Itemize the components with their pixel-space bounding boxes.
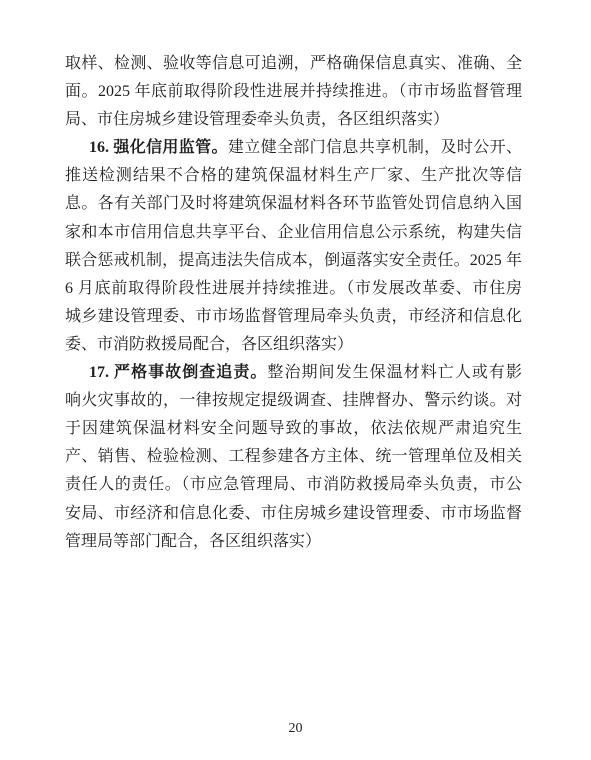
- body-text: 面。2025 年底前取得阶段性进展并持续推进。（市市场监督管理: [65, 83, 522, 100]
- para-15-continuation: 取样、检测、验收等信息可追溯，严格确保信息真实、准确、全面。2025 年底前取得…: [65, 50, 522, 134]
- body-text: 推送检测结果不合格的建筑保温材料生产厂家、生产批次等信: [65, 167, 522, 184]
- text-line: 于因建筑保温材料安全问题导致的事故，依法依规严肃追究生: [65, 415, 522, 443]
- text-line: 城乡建设管理委、市市场监督管理局牵头负责，市经济和信息化: [65, 303, 522, 331]
- item-heading-text: 16. 强化信用监管。: [89, 139, 228, 156]
- para-16: 16. 强化信用监管。建立健全部门信息共享机制，及时公开、推送检测结果不合格的建…: [65, 134, 522, 359]
- text-line: 联合惩戒机制，提高违法失信成本，倒逼落实安全责任。2025 年: [65, 247, 522, 275]
- body-text: 责任人的责任。（市应急管理局、市消防救援局牵头负责，市公: [65, 476, 522, 493]
- text-line: 17. 严格事故倒查追责。整治期间发生保温材料亡人或有影: [65, 359, 522, 387]
- text-line: 响火灾事故的，一律按规定提级调查、挂牌督办、警示约谈。对: [65, 387, 522, 415]
- para-17: 17. 严格事故倒查追责。整治期间发生保温材料亡人或有影响火灾事故的，一律按规定…: [65, 359, 522, 556]
- body-text: 息。各有关部门及时将建筑保温材料各环节监管处罚信息纳入国: [65, 195, 522, 212]
- body-text: 安局、市经济和信息化委、市住房城乡建设管理委、市市场监督: [65, 505, 522, 522]
- text-line: 安局、市经济和信息化委、市住房城乡建设管理委、市市场监督: [65, 500, 522, 528]
- body-text: 管理局等部门配合，各区组织落实）: [65, 533, 321, 550]
- text-line: 16. 强化信用监管。建立健全部门信息共享机制，及时公开、: [65, 134, 522, 162]
- body-text: 响火灾事故的，一律按规定提级调查、挂牌督办、警示约谈。对: [65, 392, 522, 409]
- body-text: 于因建筑保温材料安全问题导致的事故，依法依规严肃追究生: [65, 420, 522, 437]
- body-text: 联合惩戒机制，提高违法失信成本，倒逼落实安全责任。2025 年: [65, 252, 522, 269]
- text-line: 6 月底前取得阶段性进展并持续推进。（市发展改革委、市住房: [65, 275, 522, 303]
- body-text: 取样、检测、验收等信息可追溯，严格确保信息真实、准确、全: [65, 55, 522, 72]
- body-text: 整治期间发生保温材料亡人或有影: [267, 364, 522, 381]
- body-text: 产、销售、检验检测、工程参建各方主体、统一管理单位及相关: [65, 448, 522, 465]
- body-text: 建立健全部门信息共享机制，及时公开、: [228, 139, 522, 156]
- body-text: 委、市消防救援局配合，各区组织落实）: [65, 336, 353, 353]
- body-text: 城乡建设管理委、市市场监督管理局牵头负责，市经济和信息化: [65, 308, 522, 325]
- page-number: 20: [0, 722, 591, 736]
- text-line: 面。2025 年底前取得阶段性进展并持续推进。（市市场监督管理: [65, 78, 522, 106]
- body-text: 局、市住房城乡建设管理委牵头负责，各区组织落实）: [65, 111, 449, 128]
- text-line: 取样、检测、验收等信息可追溯，严格确保信息真实、准确、全: [65, 50, 522, 78]
- body-text: 家和本市信用信息共享平台、企业信用信息公示系统，构建失信: [65, 224, 522, 241]
- text-line: 委、市消防救援局配合，各区组织落实）: [65, 331, 522, 359]
- body-text: 6 月底前取得阶段性进展并持续推进。（市发展改革委、市住房: [65, 280, 522, 297]
- text-line: 管理局等部门配合，各区组织落实）: [65, 528, 522, 556]
- text-line: 推送检测结果不合格的建筑保温材料生产厂家、生产批次等信: [65, 162, 522, 190]
- document-page: 取样、检测、验收等信息可追溯，严格确保信息真实、准确、全面。2025 年底前取得…: [0, 0, 591, 760]
- text-line: 产、销售、检验检测、工程参建各方主体、统一管理单位及相关: [65, 443, 522, 471]
- text-line: 责任人的责任。（市应急管理局、市消防救援局牵头负责，市公: [65, 471, 522, 499]
- document-text-block: 取样、检测、验收等信息可追溯，严格确保信息真实、准确、全面。2025 年底前取得…: [65, 50, 522, 556]
- item-heading-text: 17. 严格事故倒查追责。: [89, 364, 267, 381]
- text-line: 家和本市信用信息共享平台、企业信用信息公示系统，构建失信: [65, 219, 522, 247]
- text-line: 息。各有关部门及时将建筑保温材料各环节监管处罚信息纳入国: [65, 190, 522, 218]
- text-line: 局、市住房城乡建设管理委牵头负责，各区组织落实）: [65, 106, 522, 134]
